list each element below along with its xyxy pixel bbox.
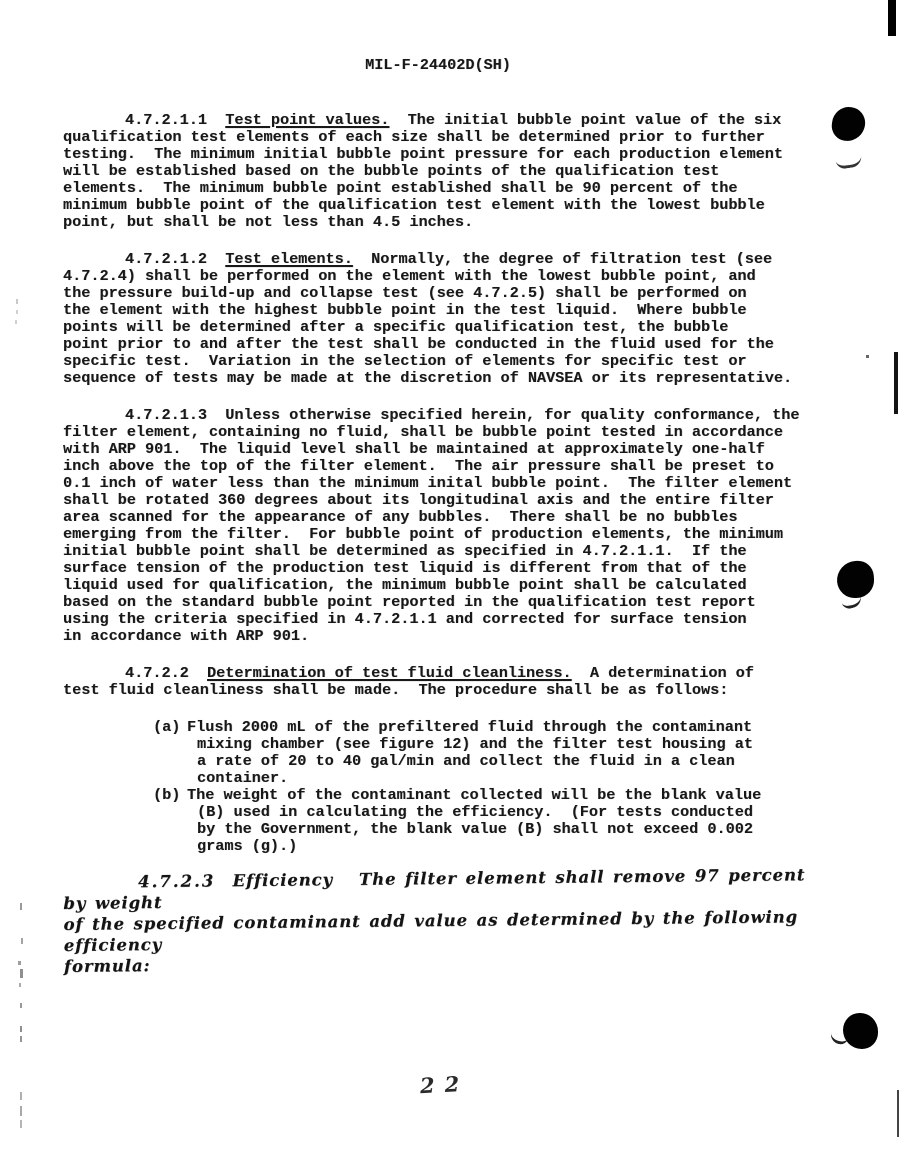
section-4-7-2-2: 4.7.2.2 Determination of test fluid clea…	[63, 665, 813, 699]
section-body: The initial bubble point value of the si…	[63, 111, 783, 231]
document-content: MIL-F-24402D(SH) 4.7.2.1.1 Test point va…	[63, 57, 813, 977]
scan-speck-left	[20, 1003, 22, 1008]
section-4-7-2-1-1: 4.7.2.1.1 Test point values. The initial…	[63, 112, 813, 231]
scan-speck-left	[15, 320, 17, 324]
scan-squiggle-upper	[835, 155, 862, 170]
scan-bar-top-right	[888, 0, 896, 36]
section-4-7-2-1-3: 4.7.2.1.3 Unless otherwise specified her…	[63, 407, 813, 645]
section-heading: Test elements.	[225, 250, 353, 268]
scan-speck-left	[20, 1036, 22, 1042]
scan-dot-bottom	[843, 1013, 878, 1049]
list-item-label: (b)	[153, 787, 180, 804]
scan-speck-left	[19, 983, 21, 987]
scan-dot-middle	[836, 560, 875, 599]
handwritten-section-heading: Efficiency	[232, 870, 333, 890]
list-item-label: (a)	[153, 719, 180, 736]
procedure-list: (a)Flush 2000 mL of the prefiltered flui…	[153, 719, 813, 855]
scan-bar-right-mid	[894, 352, 898, 414]
scan-speck-left	[20, 969, 23, 978]
list-item-b: (b)The weight of the contaminant collect…	[153, 787, 813, 855]
section-heading: Test point values.	[225, 111, 389, 129]
scan-squiggle-bottom	[829, 1031, 849, 1046]
list-item-text: Flush 2000 mL of the prefiltered fluid t…	[187, 719, 753, 787]
scan-speck-left	[20, 1026, 22, 1032]
scan-speck-left	[16, 299, 18, 304]
scan-speck-left	[16, 310, 18, 314]
scan-line-bottom-right	[897, 1090, 899, 1137]
section-number: 4.7.2.1.2	[125, 250, 207, 268]
section-number: 4.7.2.1.3	[125, 406, 207, 424]
scan-speck-left	[20, 1120, 22, 1128]
section-body: Unless otherwise specified herein, for q…	[63, 406, 799, 645]
list-item-a: (a)Flush 2000 mL of the prefiltered flui…	[153, 719, 813, 787]
scan-speck-left	[21, 938, 23, 944]
scan-speck-left	[20, 903, 22, 910]
list-item-text: The weight of the contaminant collected …	[187, 787, 761, 855]
scan-dot-upper	[830, 105, 866, 142]
scan-speck-right	[866, 355, 869, 358]
handwritten-section-4-7-2-3: 4.7.2.3 Efficiency The filter element sh…	[63, 864, 814, 977]
section-number: 4.7.2.1.1	[125, 111, 207, 129]
scan-speck-left	[18, 961, 21, 965]
document-id-header: MIL-F-24402D(SH)	[63, 57, 813, 74]
handwritten-page-number: 22	[419, 1071, 469, 1099]
handwritten-section-number: 4.7.2.3	[138, 871, 215, 891]
section-number: 4.7.2.2	[125, 664, 189, 682]
section-heading: Determination of test fluid cleanliness.	[207, 664, 572, 682]
scan-squiggle-middle	[841, 596, 863, 611]
section-4-7-2-1-2: 4.7.2.1.2 Test elements. Normally, the d…	[63, 251, 813, 387]
scan-speck-left	[20, 1092, 22, 1100]
scan-speck-left	[20, 1106, 22, 1116]
scanned-document-page: MIL-F-24402D(SH) 4.7.2.1.1 Test point va…	[0, 0, 906, 1173]
section-body: Normally, the degree of filtration test …	[63, 250, 792, 387]
